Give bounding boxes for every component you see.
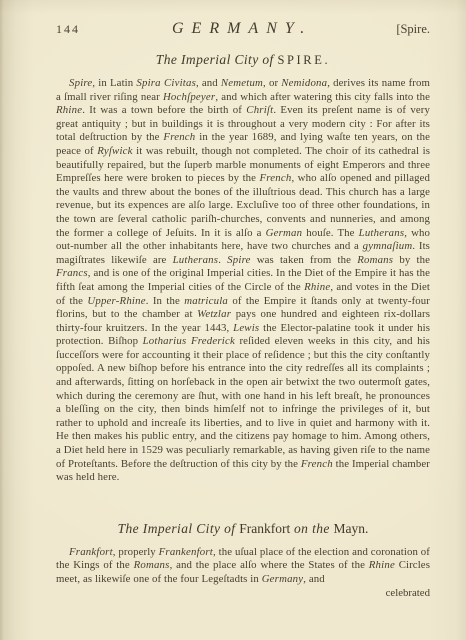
running-head-catch-title: [Spire.	[396, 22, 430, 37]
page-number: 144	[56, 22, 80, 37]
book-page: 144 GERMANY. [Spire. The Imperial City o…	[0, 0, 466, 640]
catchword: celebrated	[56, 587, 430, 599]
section-heading-frankfort: The Imperial City of Frankfort on the Ma…	[56, 521, 430, 537]
running-head: 144 GERMANY. [Spire.	[56, 20, 430, 38]
paragraph-frankfort: Frankfort, properly Frankenfort, the uſu…	[56, 546, 430, 587]
running-title: GERMANY.	[164, 20, 312, 38]
paragraph-spire: Spire, in Latin Spira Civitas, and Nemet…	[56, 77, 430, 485]
text-block: 144 GERMANY. [Spire. The Imperial City o…	[56, 20, 430, 599]
section-heading-spire: The Imperial City of SPIRE.	[56, 52, 430, 68]
